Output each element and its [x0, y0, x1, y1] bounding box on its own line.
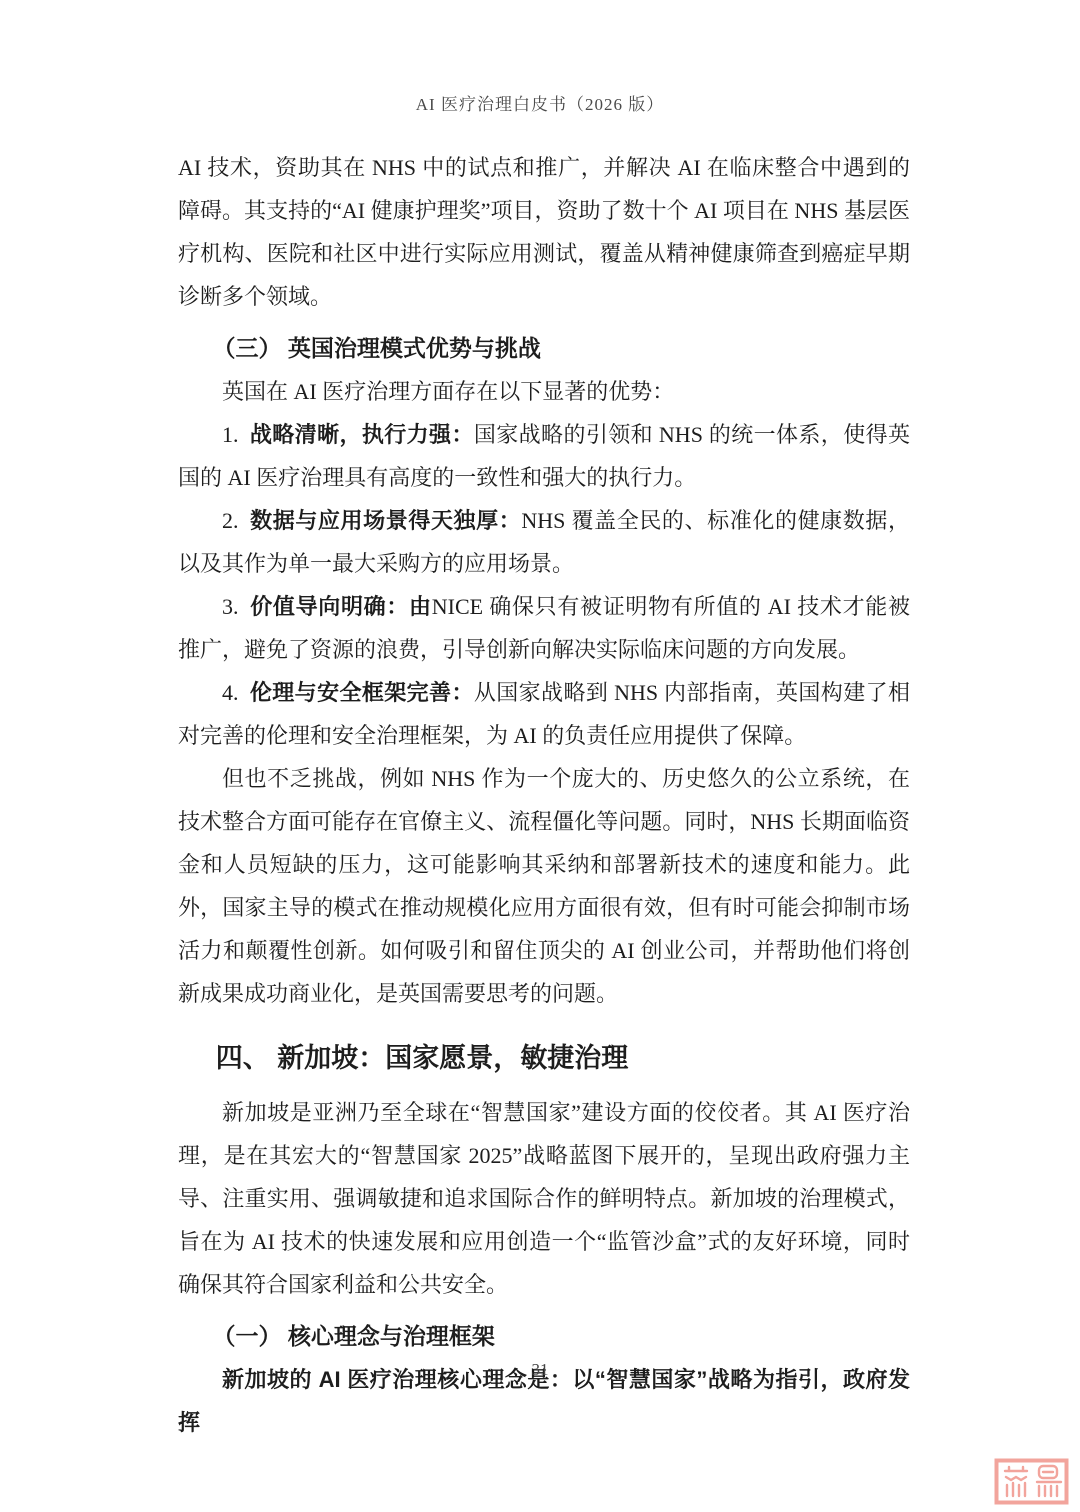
list-item: 3. 价值导向明确：由NICE 确保只有被证明物有所值的 AI 技术才能被推广，…	[178, 585, 910, 671]
paragraph-singapore-intro: 新加坡是亚洲乃至全球在“智慧国家”建设方面的佼佼者。其 AI 医疗治理，是在其宏…	[178, 1091, 910, 1306]
list-item-number: 2.	[222, 508, 250, 533]
list-item: 1. 战略清晰，执行力强：国家战略的引领和 NHS 的统一体系，使得英国的 AI…	[178, 413, 910, 499]
list-item-lead: 战略清晰，执行力强：	[250, 422, 474, 447]
section-heading-singapore: 四、 新加坡：国家愿景，敏捷治理	[178, 1033, 910, 1083]
list-item-number: 3.	[222, 594, 250, 619]
list-item: 2. 数据与应用场景得天独厚：NHS 覆盖全民的、标准化的健康数据，以及其作为单…	[178, 499, 910, 585]
paragraph-uk-intro: 英国在 AI 医疗治理方面存在以下显著的优势：	[178, 370, 910, 413]
list-item-lead: 伦理与安全框架完善：	[250, 680, 474, 705]
list-item-lead: 价值导向明确：由	[250, 594, 432, 619]
document-page: AI 医疗治理白皮书（2026 版） AI 技术，资助其在 NHS 中的试点和推…	[0, 0, 1080, 1512]
document-body: AI 技术，资助其在 NHS 中的试点和推广，并解决 AI 在临床整合中遇到的障…	[178, 146, 910, 1444]
seal-stamp-icon	[994, 1458, 1070, 1505]
paragraph-uk-challenges: 但也不乏挑战，例如 NHS 作为一个庞大的、历史悠久的公立系统，在技术整合方面可…	[178, 757, 910, 1015]
list-item-number: 1.	[222, 422, 250, 447]
list-item-number: 4.	[222, 680, 250, 705]
section-heading-uk-advantages: （三） 英国治理模式优势与挑战	[178, 326, 910, 370]
document-header-title: AI 医疗治理白皮书（2026 版）	[0, 90, 1080, 115]
list-item: 4. 伦理与安全框架完善：从国家战略到 NHS 内部指南，英国构建了相对完善的伦…	[178, 671, 910, 757]
page-number: 31	[0, 1360, 1080, 1380]
paragraph-continuation: AI 技术，资助其在 NHS 中的试点和推广，并解决 AI 在临床整合中遇到的障…	[178, 146, 910, 318]
subsection-heading-core-concept: （一） 核心理念与治理框架	[178, 1314, 910, 1358]
list-item-lead: 数据与应用场景得天独厚：	[250, 508, 522, 533]
